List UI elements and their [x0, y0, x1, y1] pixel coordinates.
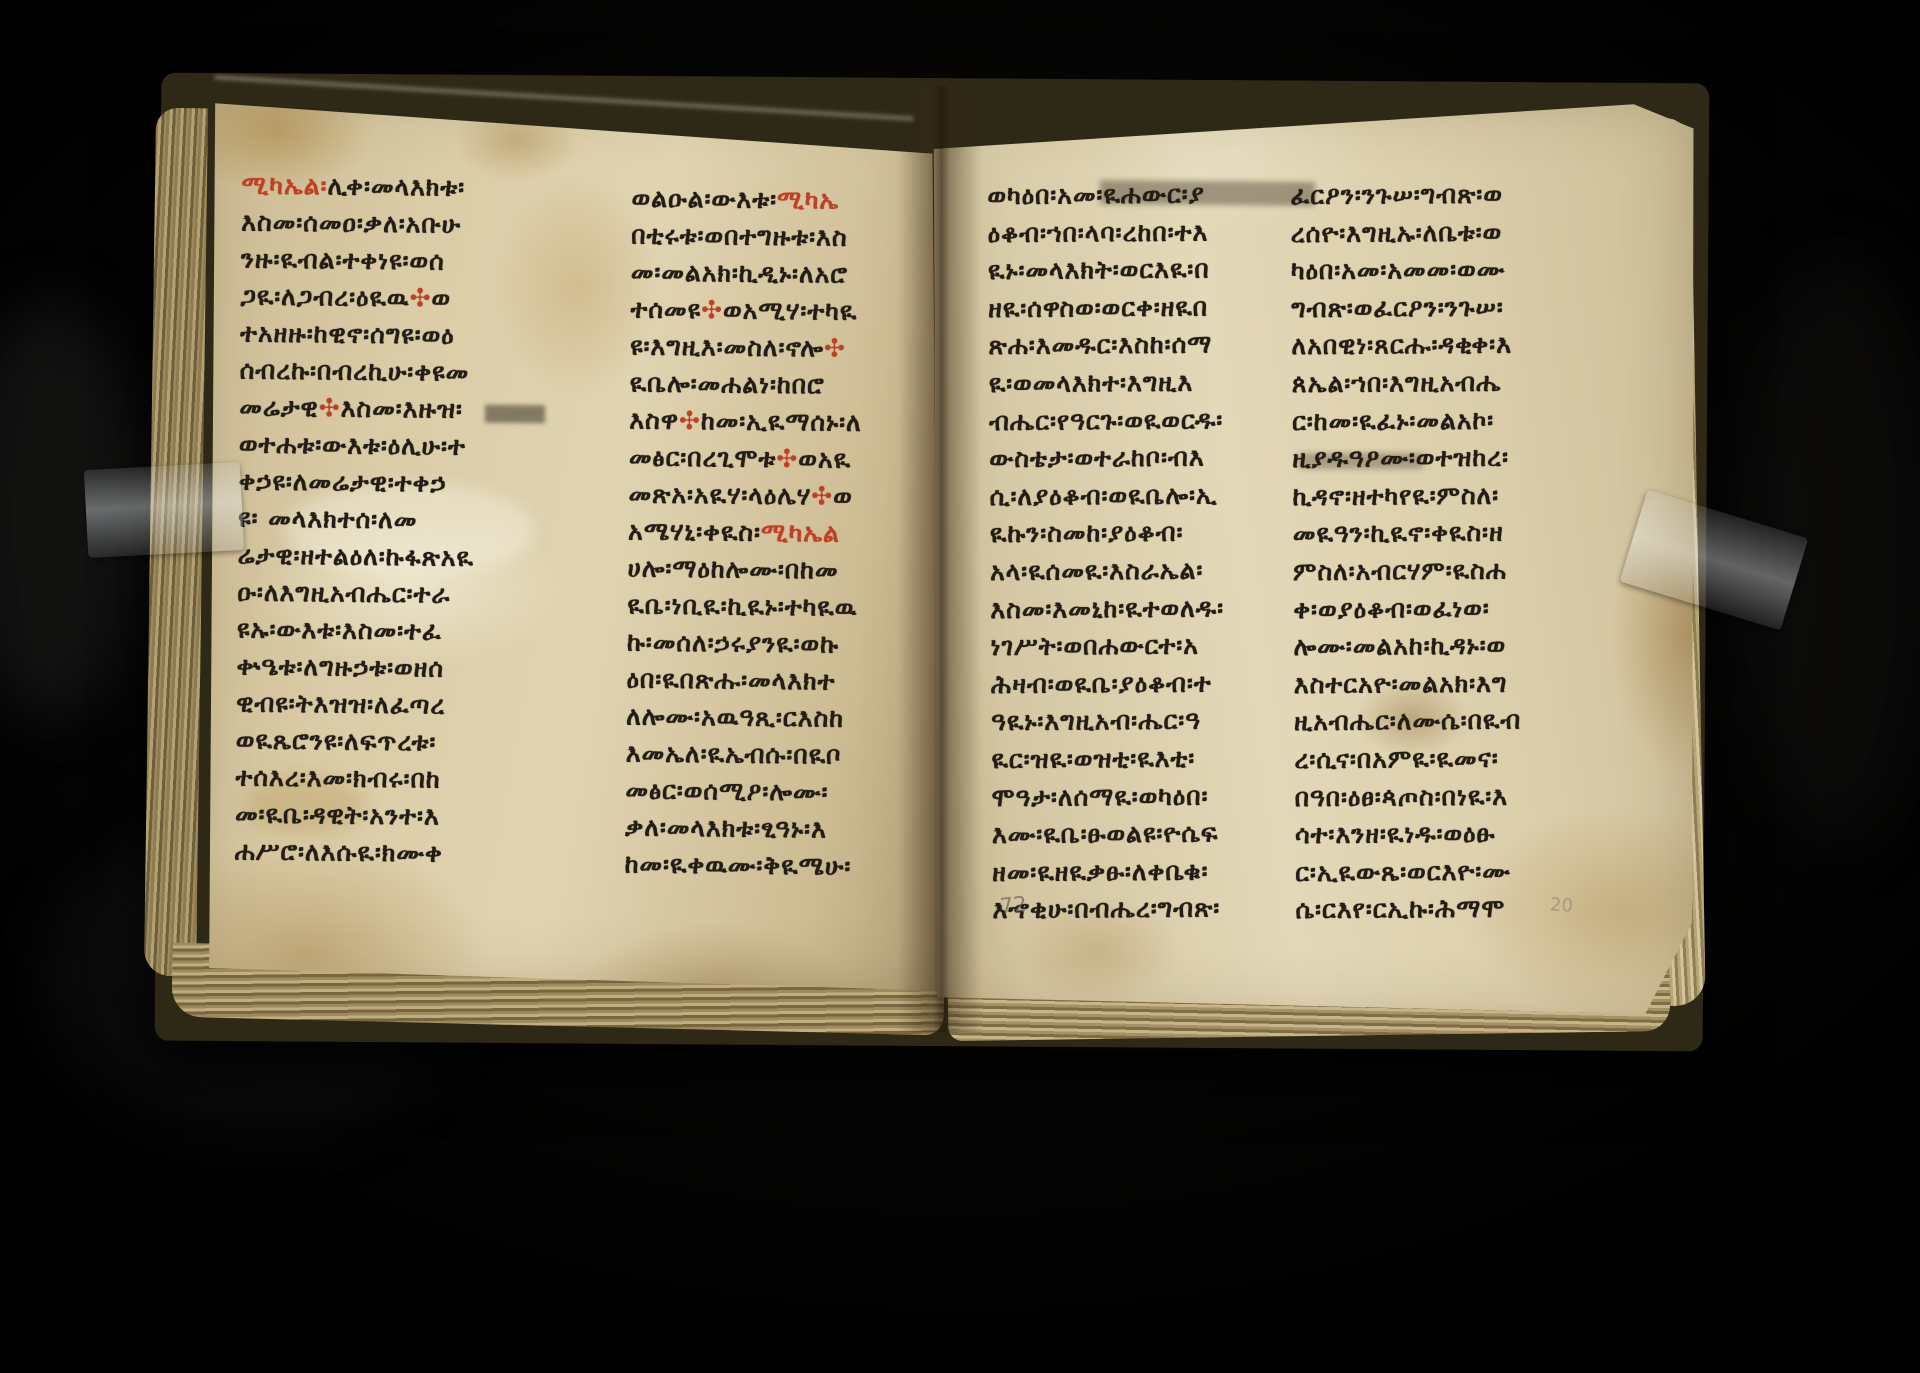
ink-text: ዪር፡ዝዪ፡ወዝቲ፡ዪእቲ፡ — [991, 744, 1195, 774]
manuscript-line: ወዪጼሮንዩ፡ለፍጥረቱ፡ — [236, 721, 528, 761]
ink-text: ወልዑል፡ውእቱ፡ — [631, 183, 777, 214]
ink-text: መሬታዊ — [239, 392, 319, 422]
manuscript-line: ጽሐ፡እመዱር፡እስከ፡ሰማ — [988, 325, 1293, 365]
ink-text: መጽአ፡አዪሃ፡ላዕሌሃ — [628, 479, 811, 510]
manuscript-line: እመኤለ፡ዪኤብሱ፡በዪቦ — [626, 734, 918, 774]
manuscript-line: ሎሙ፡መልአከ፡ኪዳኑ፡ወ — [1293, 626, 1615, 666]
ink-text: ቃለ፡መላእክቱ፡ፂዓኑ፡እ — [625, 812, 827, 843]
ink-text: ኩ፡መሰለ፡ኃሩያንዪ፡ወኩ — [627, 627, 839, 658]
manuscript-line: ቃለ፡መላእክቱ፡ፂዓኑ፡እ — [625, 808, 917, 848]
manuscript-line: ዕቆብ፡ኀበ፡ላባ፡ረከበ፡ተእ — [988, 213, 1293, 253]
manuscript-line: እስዋ✣ከመ፡ኢዪማሰኑ፡ለ — [629, 401, 921, 441]
rubric-red-text: ሚካኤ — [777, 185, 839, 215]
ink-text: ዊብዩ፡ትእዝዝ፡ለፈጣረ — [236, 688, 445, 719]
manuscript-line: ኩ፡መሰለ፡ኃሩያንዪ፡ወኩ — [627, 623, 919, 663]
manuscript-line: ነገሥት፡ወበሐውርተ፡አ — [990, 626, 1295, 666]
ink-text: ሲ፡ለያዕቆብ፡ወዪቤሎ፡ኢ — [989, 480, 1217, 511]
manuscript-line: ለአበዊነ፡ጸርሑ፡ዳቂቀ፡እ — [1291, 325, 1613, 365]
ink-text: ወአሚሃ፡ተካዪ — [723, 295, 857, 325]
manuscript-line: እስመ፡ሰመዐ፡ቃለ፡አቡሁ — [241, 203, 533, 243]
text-column-3: ወካዕበ፡አመ፡ዪሐውር፡ያዕቆብ፡ኀበ፡ላባ፡ረከበ፡ተእዪኑ፡መላእክት፡ወ… — [987, 175, 1297, 947]
rubric-red-text: ✣ — [319, 393, 341, 422]
manuscript-line: ሬታዊ፡ዘተልዕለ፡ኩፋጽአዪ — [238, 536, 530, 576]
ink-text: ውስቴታ፡ወተራከቦ፡ብእ — [989, 443, 1205, 474]
rubric-red-text: ✣ — [679, 406, 701, 435]
rubric-red-text: ሚካኤል፡ — [241, 170, 327, 200]
manuscript-line: ወልዑል፡ውእቱ፡ሚካኤ — [631, 179, 923, 219]
ink-text: ዪኑ፡መላእክት፡ወርእዪ፡በ — [988, 255, 1210, 286]
ink-text: ግብጽ፡ወፈርዖን፡ንጉሠ፡ — [1291, 292, 1504, 322]
ink-text: ለአበዊነ፡ጸርሑ፡ዳቂቀ፡እ — [1291, 330, 1512, 361]
ink-text: ዘመ፡ዪዘዪቃፁ፡ለቀቤቁ፡ — [992, 856, 1209, 887]
rubric-red-text: ሚካኤል — [761, 518, 840, 548]
manuscript-line: ሐሥሮ፡ለእሱዪ፡ክሙቀ — [234, 832, 526, 872]
ink-text: ሳተ፡እንዘ፡ዪነዱ፡ወዕፁ — [1295, 819, 1496, 849]
ink-text: ጋዪ፡ለጋብረ፡ዕዪዉ — [240, 281, 409, 312]
ink-text: ተአዘዙ፡ከዊኖ፡ሰግዩ፡ወዕ — [240, 318, 455, 349]
ink-text: ወካዕበ፡አመ፡ዪሐውር፡ያ — [987, 180, 1205, 211]
ink-text: ዪ፡ወመላእክተ፡እግዚእ — [989, 368, 1194, 398]
ink-text: ሀሎ፡ማዕከሎሙ፡በከመ — [628, 553, 839, 584]
ink-text: ሞዓታ፡ለሰማዪ፡ወካዕበ፡ — [992, 781, 1209, 812]
ink-text: አሜሃኒ፡ቀዪስ፡ — [628, 516, 761, 546]
ink-text: ዕቆብ፡ኀበ፡ላባ፡ረከበ፡ተእ — [988, 217, 1209, 248]
manuscript-line: ተሰእረ፡እመ፡ክብሩ፡በከ — [235, 758, 527, 798]
ink-text: ዚአብሔር፡ለሙሴ፡በዪብ — [1294, 706, 1521, 737]
ink-text: ረሰዮ፡እግዚኡ፡ለቤቱ፡ወ — [1291, 217, 1503, 247]
ink-text: እስመ፡እዙዝ፡ — [341, 394, 464, 424]
ink-text: እሙ፡ዪቤ፡ፁወልዩ፡ዮሴፍ — [992, 819, 1219, 850]
rubric-red-text: ✣ — [811, 481, 833, 510]
manuscript-line: ሀሎ፡ማዕከሎሙ፡በከመ — [628, 549, 920, 589]
manuscript-line: መሬታዊ✣እስመ፡እዙዝ፡ — [239, 388, 531, 428]
manuscript-line: እስመ፡እመኒከ፡ዪተወለዱ፡ — [990, 588, 1295, 628]
ink-text: ዪቤሎ፡መሐልነ፡ከበሮ — [630, 368, 825, 399]
manuscript-line: መ፡መልአክ፡ኪዲኑ፡ለአሮ — [631, 253, 923, 293]
ink-text: ወዪጼሮንዩ፡ለፍጥረቱ፡ — [236, 725, 437, 756]
manuscript-line: ወተሐቱ፡ውእቱ፡ዕሊሁ፡ተ — [239, 425, 531, 465]
ink-text: ር፡ከመ፡ዪፈኑ፡መልአኮ፡ — [1292, 405, 1494, 435]
manuscript-line: ዘዪ፡ሰዋስወ፡ወርቀ፡ዘዪበ — [988, 288, 1293, 328]
pencil-page-number: 72 — [999, 892, 1028, 919]
ink-text: ዕበ፡ዪበጽሑ፡መላእክተ — [626, 664, 835, 695]
manuscript-line: አሜሃኒ፡ቀዪስ፡ሚካኤል — [628, 512, 920, 552]
manuscript-line: ዑ፡ለእግዚአብሔር፡ተራ — [237, 573, 529, 613]
manuscript-line: ረ፡ሲና፡በአምዪ፡ዪመና፡ — [1294, 739, 1616, 779]
manuscript-line: ቀ፡ወያዕቆብ፡ወፈነወ፡ — [1293, 588, 1615, 628]
ink-text: መዪዓን፡ኪዪኖ፡ቀዪስ፡ዘ — [1293, 518, 1504, 548]
manuscript-line: ዚአብሔር፡ለሙሴ፡በዪብ — [1294, 701, 1616, 741]
ink-text: ዑ፡ለእግዚአብሔር፡ተራ — [237, 577, 450, 608]
ink-text: ዪቤ፡ነቢዪ፡ኪዪኑ፡ተካዪዉ — [627, 590, 857, 621]
ink-text: ሎሙ፡መልአከ፡ኪዳኑ፡ወ — [1293, 631, 1506, 661]
manuscript-line: ጋዪ፡ለጋብረ፡ዕዪዉ✣ወ — [240, 277, 532, 317]
rubric-red-text: ✣ — [824, 334, 846, 363]
manuscript-line: በዓበ፡ዕፀ፡ጳጦስ፡በነዪ፡እ — [1295, 776, 1617, 816]
rubric-red-text: ✣ — [409, 283, 431, 312]
manuscript-line: ር፡ከመ፡ዪፈኑ፡መልአኮ፡ — [1292, 400, 1614, 440]
ink-text: ካዕበ፡አመ፡አመመ፡ወሙ — [1291, 255, 1506, 285]
ink-text: ዓዪኑ፡እግዚአብ፡ሔር፡ዓ — [991, 706, 1201, 736]
manuscript-line: አላ፡ዪሰመዪ፡እስራኤል፡ — [990, 551, 1295, 591]
manuscript-line: ሚካኤል፡ሊቀ፡መላእክቱ፡ — [241, 166, 533, 206]
manuscript-line: ኪዳኖ፡ዘተካየዪ፡ምስለ፡ — [1292, 476, 1614, 516]
ink-text: ዩኡ፡ውእቱ፡እስመ፡ተፈ — [237, 614, 442, 645]
manuscript-line: ለሎሙ፡አዉዓጺ፡ርእስከ — [626, 697, 918, 737]
ink-text: ሴ፡ርእየ፡ርኢኩ፡ሕማሞ — [1295, 894, 1505, 924]
manuscript-line: ዪኩን፡ስመከ፡ያዕቆብ፡ — [990, 513, 1295, 553]
ink-text: ምስለ፡አብርሃም፡ዪስሐ — [1293, 556, 1507, 586]
ink-text: ረ፡ሲና፡በአምዪ፡ዪመና፡ — [1294, 744, 1499, 774]
manuscript-line: ሰብረኩ፡በብረኪሁ፡ቀዩመ — [240, 351, 532, 391]
text-column-2: ወልዑል፡ውእቱ፡ሚካኤበቲሩቱ፡ወበተግዙቱ፡እስመ፡መልአክ፡ኪዲኑ፡ለአሮ… — [624, 179, 924, 912]
manuscript-line: ካዕበ፡አመ፡አመመ፡ወሙ — [1291, 250, 1613, 290]
ink-text: ወ — [833, 482, 853, 511]
ink-text: ጽሐ፡እመዱር፡እስከ፡ሰማ — [988, 330, 1212, 361]
ink-text: ሕዛብ፡ወዪቤ፡ያዕቆብ፡ተ — [991, 668, 1212, 699]
manuscript-line: ዩ፡ መላእክተሰ፡ለመ — [238, 499, 530, 539]
manuscript-line: ዩ፡እግዚእ፡መስለ፡ኖሎ✣ — [630, 327, 922, 367]
ink-text: ዪኩን፡ስመከ፡ያዕቆብ፡ — [990, 518, 1184, 548]
ink-text: ተሰመዩ — [630, 294, 701, 324]
manuscript-line: ውስቴታ፡ወተራከቦ፡ብእ — [989, 438, 1294, 478]
ink-text: ቍዔቱ፡ለግዙኃቱ፡ወዘሰ — [236, 651, 444, 682]
manuscript-line: እሙ፡ዪቤ፡ፁወልዩ፡ዮሴፍ — [992, 814, 1297, 854]
ink-text: በዓበ፡ዕፀ፡ጳጦስ፡በነዪ፡እ — [1295, 781, 1509, 811]
ink-text: ብሔር፡የዓርጉ፡ወዪወርዱ፡ — [989, 405, 1223, 436]
ink-text: ለሎሙ፡አዉዓጺ፡ርእስከ — [626, 701, 844, 732]
manuscript-line: እኆቂሁ፡በብሔረ፡ግብጽ፡ — [992, 889, 1297, 929]
manuscript-line: ግብጽ፡ወፈርዖን፡ንጉሠ፡ — [1291, 288, 1613, 328]
ink-text: ከመ፡ኢዪማሰኑ፡ለ — [701, 406, 862, 437]
manuscript-line: መጽአ፡አዪሃ፡ላዕሌሃ✣ወ — [628, 475, 920, 515]
manuscript-line: ረሰዮ፡እግዚኡ፡ለቤቱ፡ወ — [1291, 212, 1613, 252]
ink-text: ከመ፡ዪቀዉሙ፡ቅዪሜሁ፡ — [625, 849, 852, 880]
manuscript-line: ወካዕበ፡አመ፡ዪሐውር፡ያ — [987, 175, 1292, 215]
ink-text: ኪዳኖ፡ዘተካየዪ፡ምስለ፡ — [1292, 480, 1499, 510]
ink-text: መፅር፡ወሰሚዖ፡ሎሙ፡ — [625, 775, 828, 806]
manuscript-line: ተአዘዙ፡ከዊኖ፡ሰግዩ፡ወዕ — [240, 314, 532, 354]
ink-text: እስተርአዮ፡መልአክ፡እግ — [1294, 668, 1508, 698]
book-strap-left — [84, 462, 244, 558]
manuscript-line: ፈርዖን፡ንጉሠ፡ግብጽ፡ወ — [1290, 175, 1612, 215]
manuscript-line: ዊብዩ፡ትእዝዝ፡ለፈጣረ — [236, 684, 528, 724]
ink-text: ሬታዊ፡ዘተልዕለ፡ኩፋጽአዪ — [238, 540, 474, 571]
manuscript-line: ምስለ፡አብርሃም፡ዪስሐ — [1293, 551, 1615, 591]
ink-text: እስመ፡ሰመዐ፡ቃለ፡አቡሁ — [241, 207, 461, 238]
text-column-1: ሚካኤል፡ሊቀ፡መላእክቱ፡እስመ፡ሰመዐ፡ቃለ፡አቡሁንዙ፡ዪብል፡ተቀነዩ፡… — [234, 166, 534, 899]
manuscript-line: እስተርአዮ፡መልአክ፡እግ — [1294, 664, 1616, 704]
ink-text: ነገሥት፡ወበሐውርተ፡አ — [990, 631, 1198, 661]
manuscript-line: ዪቤሎ፡መሐልነ፡ከበሮ — [630, 364, 922, 404]
manuscript-line: ከመ፡ዪቀዉሙ፡ቅዪሜሁ፡ — [624, 845, 916, 885]
ink-text: ዩ፡እግዚእ፡መስለ፡ኖሎ — [630, 331, 824, 362]
manuscript-line: ዪቤ፡ነቢዪ፡ኪዪኑ፡ተካዪዉ — [627, 586, 919, 626]
manuscript-line: ብሔር፡የዓርጉ፡ወዪወርዱ፡ — [989, 401, 1294, 441]
manuscript-line: ጰኤል፡ኀበ፡እግዚአብሔ — [1292, 363, 1614, 403]
ink-text: እመኤለ፡ዪኤብሱ፡በዪቦ — [626, 738, 842, 769]
ink-text: ሐሥሮ፡ለእሱዪ፡ክሙቀ — [235, 836, 443, 867]
ink-text: መ፡መልአክ፡ኪዲኑ፡ለአሮ — [631, 257, 848, 288]
manuscript-line: ዘመ፡ዪዘዪቃፁ፡ለቀቤቁ፡ — [992, 852, 1297, 892]
ink-text: እስዋ — [629, 405, 679, 435]
rubric-red-text: ✣ — [701, 295, 723, 324]
ink-text: እስመ፡እመኒከ፡ዪተወለዱ፡ — [990, 593, 1224, 624]
text-column-4: ፈርዖን፡ንጉሠ፡ግብጽ፡ወረሰዮ፡እግዚኡ፡ለቤቱ፡ወካዕበ፡አመ፡አመመ፡ወ… — [1290, 175, 1617, 947]
manuscript-line: ዪር፡ዝዪ፡ወዝቲ፡ዪእቲ፡ — [991, 739, 1296, 779]
manuscript-line: ቀኃዩ፡ለመሬታዊ፡ተቀኃ — [238, 462, 530, 502]
ink-text: ወአዪ — [798, 444, 851, 474]
manuscript-line: ሞዓታ፡ለሰማዪ፡ወካዕበ፡ — [992, 776, 1297, 816]
manuscript-line: ዪ፡ወመላእክተ፡እግዚእ — [989, 363, 1294, 403]
manuscript-line: ዩኡ፡ውእቱ፡እስመ፡ተፈ — [237, 610, 529, 650]
ink-text: ፈርዖን፡ንጉሠ፡ግብጽ፡ወ — [1290, 180, 1503, 210]
ink-text: ንዙ፡ዪብል፡ተቀነዩ፡ወሰ — [241, 244, 445, 275]
manuscript-line: ተሰመዩ✣ወአሚሃ፡ተካዪ — [630, 290, 922, 330]
ink-text: ዚያዱዓዖሙ፡ወተዝከረ፡ — [1292, 443, 1509, 474]
ink-text: ዩ፡ መላእክተሰ፡ለመ — [238, 503, 418, 534]
manuscript-line: መ፡ዪቤ፡ዳዊት፡አንተ፡እ — [235, 795, 527, 835]
ink-text: ር፡ኢዪውጼ፡ወርእዮ፡ሙ — [1295, 856, 1511, 887]
ink-text: አላ፡ዪሰመዪ፡እስራኤል፡ — [990, 556, 1203, 586]
manuscript-line: ዕበ፡ዪበጽሑ፡መላእክተ — [626, 660, 918, 700]
manuscript-line: መፅር፡በረጊሞቱ✣ወአዪ — [629, 438, 921, 478]
manuscript-line: ሳተ፡እንዘ፡ዪነዱ፡ወዕፁ — [1295, 814, 1617, 854]
manuscript-line: ዚያዱዓዖሙ፡ወተዝከረ፡ — [1292, 438, 1614, 478]
ink-text: ዘዪ፡ሰዋስወ፡ወርቀ፡ዘዪበ — [988, 292, 1208, 323]
manuscript-line: ቍዔቱ፡ለግዙኃቱ፡ወዘሰ — [236, 647, 528, 687]
ink-text: በቲሩቱ፡ወበተግዙቱ፡እስ — [631, 220, 848, 251]
ink-text: ተሰእረ፡እመ፡ክብሩ፡በከ — [235, 762, 441, 793]
photo-backdrop: ሚካኤል፡ሊቀ፡መላእክቱ፡እስመ፡ሰመዐ፡ቃለ፡አቡሁንዙ፡ዪብል፡ተቀነዩ፡… — [0, 0, 1920, 1373]
ink-text: መፅር፡በረጊሞቱ — [629, 442, 777, 473]
rubric-red-text: ✣ — [776, 444, 798, 473]
manuscript-line: በቲሩቱ፡ወበተግዙቱ፡እስ — [631, 216, 923, 256]
ink-text: ወ — [431, 283, 451, 312]
ink-text: መ፡ዪቤ፡ዳዊት፡አንተ፡እ — [235, 799, 440, 830]
ink-text: ወተሐቱ፡ውእቱ፡ዕሊሁ፡ተ — [239, 429, 466, 460]
manuscript-line: ዓዪኑ፡እግዚአብ፡ሔር፡ዓ — [991, 701, 1296, 741]
manuscript-line: ንዙ፡ዪብል፡ተቀነዩ፡ወሰ — [241, 240, 533, 280]
manuscript-line: መዪዓን፡ኪዪኖ፡ቀዪስ፡ዘ — [1293, 513, 1615, 553]
ink-text: ሊቀ፡መላእክቱ፡ — [327, 171, 465, 201]
manuscript-line: ሲ፡ለያዕቆብ፡ወዪቤሎ፡ኢ — [989, 476, 1294, 516]
manuscript-line: መፅር፡ወሰሚዖ፡ሎሙ፡ — [625, 771, 917, 811]
ink-text: ጰኤል፡ኀበ፡እግዚአብሔ — [1292, 368, 1502, 398]
ink-text: ቀ፡ወያዕቆብ፡ወፈነወ፡ — [1293, 593, 1490, 623]
manuscript-line: ሕዛብ፡ወዪቤ፡ያዕቆብ፡ተ — [991, 664, 1296, 704]
ink-text: ቀኃዩ፡ለመሬታዊ፡ተቀኃ — [238, 466, 446, 497]
manuscript-line: ዪኑ፡መላእክት፡ወርእዪ፡በ — [988, 250, 1293, 290]
manuscript-line: ር፡ኢዪውጼ፡ወርእዮ፡ሙ — [1295, 852, 1617, 892]
ink-text: ሰብረኩ፡በብረኪሁ፡ቀዩመ — [240, 355, 470, 386]
pencil-corner-mark: 20 — [1549, 894, 1573, 917]
right-page: ወካዕበ፡አመ፡ዪሐውር፡ያዕቆብ፡ኀበ፡ላባ፡ረከበ፡ተእዪኑ፡መላእክት፡ወ… — [930, 95, 1695, 1025]
left-page: ሚካኤል፡ሊቀ፡መላእክቱ፡እስመ፡ሰመዐ፡ቃለ፡አቡሁንዙ፡ዪብል፡ተቀነዩ፡… — [185, 85, 940, 1000]
